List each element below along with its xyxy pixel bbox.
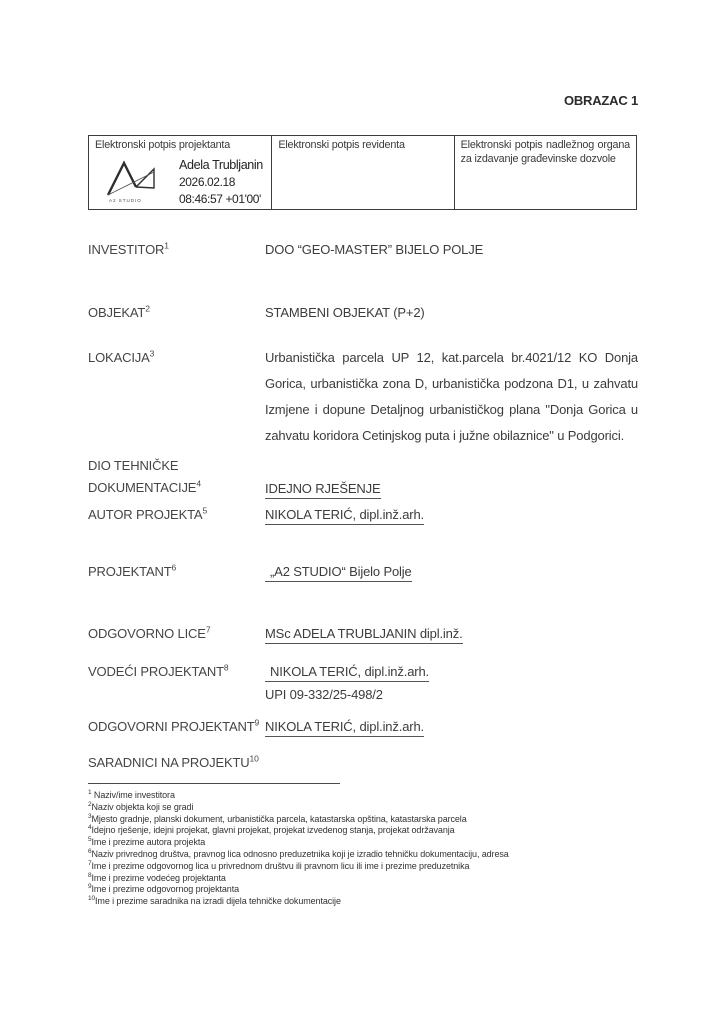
footnote-item: 10Ime i prezime saradnika na izradi dije… <box>88 896 640 908</box>
footnote-item: 4Idejno rješenje, idejni projekat, glavn… <box>88 825 640 837</box>
document-page: OBRAZAC 1 Elektronski potpis projektanta… <box>0 0 724 1024</box>
form-row-objekat: OBJEKAT2 STAMBENI OBJEKAT (P+2) <box>88 304 638 321</box>
upi-number: UPI 09-332/25-498/2 <box>265 686 638 703</box>
signer-name: Adela Trubljanin <box>179 157 263 174</box>
form-label: LOKACIJA3 <box>88 349 265 449</box>
form-row-odgovorno-lice: ODGOVORNO LICE7 MSc ADELA TRUBLJANIN dip… <box>88 625 638 644</box>
form-value: NIKOLA TERIĆ, dipl.inž.arh. <box>265 506 638 525</box>
form-label: OBJEKAT2 <box>88 304 265 321</box>
signature-cell-revident: Elektronski potpis revidenta <box>272 136 454 209</box>
signature-header-projektant: Elektronski potpis projektanta <box>95 139 265 153</box>
signature-block: Adela Trubljanin 2026.02.18 08:46:57 +01… <box>179 157 263 208</box>
logo-caption: A2 STUDIO <box>109 198 142 203</box>
form-row-lokacija: LOKACIJA3 Urbanistička parcela UP 12, ka… <box>88 349 638 449</box>
form-value: NIKOLA TERIĆ, dipl.inž.arh. UPI 09-332/2… <box>265 663 638 703</box>
form-row-dio-tehnicke-dokumentacije: DIO TEHNIČKE DOKUMENTACIJE4 IDEJNO RJEŠE… <box>88 455 638 499</box>
footnotes-block: 1 Naziv/ime investitora 2Naziv objekta k… <box>88 790 640 908</box>
signature-header-nadlezni-organ: Elektronski potpis nadležnog organa za i… <box>461 139 630 166</box>
form-label: VODEĆI PROJEKTANT8 <box>88 663 265 703</box>
form-row-projektant: PROJEKTANT6 „A2 STUDIO“ Bijelo Polje <box>88 563 638 582</box>
form-label: ODGOVORNO LICE7 <box>88 625 265 644</box>
form-label: SARADNICI NA PROJEKTU10 <box>88 754 265 771</box>
form-value: Urbanistička parcela UP 12, kat.parcela … <box>265 345 638 449</box>
footnote-item: 1 Naziv/ime investitora <box>88 790 640 802</box>
signature-cell-nadlezni-organ: Elektronski potpis nadležnog organa za i… <box>455 136 636 209</box>
form-row-odgovorni-projektant: ODGOVORNI PROJEKTANT9 NIKOLA TERIĆ, dipl… <box>88 718 638 737</box>
form-row-autor-projekta: AUTOR PROJEKTA5 NIKOLA TERIĆ, dipl.inž.a… <box>88 506 638 525</box>
signature-date: 2026.02.18 <box>179 174 263 191</box>
a2-studio-logo-icon: A2 STUDIO <box>102 157 174 205</box>
form-row-saradnici-na-projektu: SARADNICI NA PROJEKTU10 <box>88 754 638 771</box>
footnote-item: 2Naziv objekta koji se gradi <box>88 802 640 814</box>
footnote-separator <box>88 783 340 784</box>
form-value: IDEJNO RJEŠENJE <box>265 480 638 499</box>
form-label: ODGOVORNI PROJEKTANT9 <box>88 718 265 737</box>
form-value: STAMBENI OBJEKAT (P+2) <box>265 304 638 321</box>
footnote-item: 7Ime i prezime odgovornog lica u privred… <box>88 861 640 873</box>
form-row-vodeci-projektant: VODEĆI PROJEKTANT8 NIKOLA TERIĆ, dipl.in… <box>88 663 638 703</box>
signature-cell-projektant: Elektronski potpis projektanta A2 STUDIO… <box>89 136 272 209</box>
form-label: AUTOR PROJEKTA5 <box>88 506 265 525</box>
form-label: INVESTITOR1 <box>88 241 265 258</box>
footnote-item: 6Naziv privrednog društva, pravnog lica … <box>88 849 640 861</box>
footnote-item: 8Ime i prezime vodećeg projektanta <box>88 873 640 885</box>
form-row-investitor: INVESTITOR1 DOO “GEO-MASTER” BIJELO POLJ… <box>88 241 638 258</box>
signature-header-revident: Elektronski potpis revidenta <box>278 139 447 153</box>
signature-time: 08:46:57 +01'00' <box>179 191 263 208</box>
form-value: NIKOLA TERIĆ, dipl.inž.arh. <box>265 718 638 737</box>
form-value: „A2 STUDIO“ Bijelo Polje <box>265 563 638 582</box>
form-value <box>265 754 638 771</box>
form-label: PROJEKTANT6 <box>88 563 265 582</box>
footnote-item: 3Mjesto gradnje, planski dokument, urban… <box>88 814 640 826</box>
form-value: DOO “GEO-MASTER” BIJELO POLJE <box>265 241 638 258</box>
footnote-item: 5Ime i prezime autora projekta <box>88 837 640 849</box>
form-label: DIO TEHNIČKE DOKUMENTACIJE4 <box>88 455 265 499</box>
footnote-item: 9Ime i prezime odgovornog projektanta <box>88 884 640 896</box>
page-title: OBRAZAC 1 <box>564 93 638 108</box>
form-value: MSc ADELA TRUBLJANIN dipl.inž. <box>265 625 638 644</box>
signature-table: Elektronski potpis projektanta A2 STUDIO… <box>88 135 637 210</box>
